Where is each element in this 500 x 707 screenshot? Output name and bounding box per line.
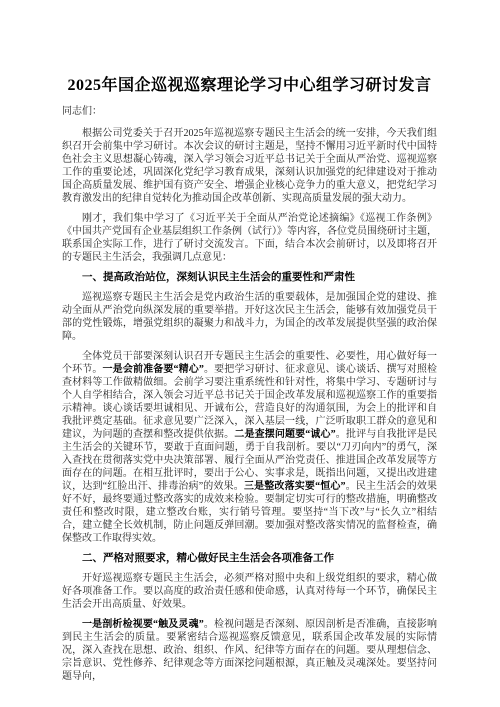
paragraph: 全体党员干部要深刻认识召开专题民主生活会的重要性、必要性，用心做好每一个环节。一… <box>62 350 437 545</box>
bold-text-run: 二、严格对照要求，精心做好民主生活会各项准备工作 <box>82 553 334 564</box>
salutation: 同志们： <box>62 105 437 118</box>
bold-text-run: 一是剖析检视要“触及灵魂” <box>82 619 204 630</box>
paragraph: 巡视巡察专题民主生活会是党内政治生活的重要载体，是加强国企党的建设、推动全面从严… <box>62 291 437 343</box>
document-title: 2025年国企巡视巡察理论学习中心组学习研讨发言 <box>62 76 437 96</box>
text-run: 开好巡视巡察专题民主生活会，必须严格对照中央和上级党组织的要求，精心做好各项准备… <box>62 573 437 610</box>
bold-text-run: 一、提高政治站位，深刻认识民主生活会的重要性和严肃性 <box>82 272 355 283</box>
document-page: 2025年国企巡视巡察理论学习中心组学习研讨发言 同志们： 根据公司党委关于召开… <box>0 0 500 707</box>
bold-text-run: 一是会前准备要“精心” <box>103 364 204 375</box>
document-body: 根据公司党委关于召开2025年巡视巡察专题民主生活会的统一安排，今天我们组织召开… <box>62 127 437 683</box>
paragraph: 刚才，我们集中学习了《习近平关于全面从严治党论述摘编》《巡视工作条例》《中国共产… <box>62 212 437 264</box>
paragraph: 一是剖析检视要“触及灵魂”。检视问题是否深刻、原因剖析是否准确，直接影响到民主生… <box>62 618 437 683</box>
text-run: 根据公司党委关于召开2025年巡视巡察专题民主生活会的统一安排，今天我们组织召开… <box>62 128 437 204</box>
bold-text-run: 二是查摆问题要“诚心” <box>234 429 335 440</box>
paragraph: 开好巡视巡察专题民主生活会，必须严格对照中央和上级党组织的要求，精心做好各项准备… <box>62 572 437 611</box>
text-run: 巡视巡察专题民主生活会是党内政治生活的重要载体，是加强国企党的建设、推动全面从严… <box>62 292 437 342</box>
text-run: 刚才，我们集中学习了《习近平关于全面从严治党论述摘编》《巡视工作条例》《中国共产… <box>62 213 437 263</box>
section-heading: 一、提高政治站位，深刻认识民主生活会的重要性和严肃性 <box>62 271 437 285</box>
section-heading: 二、严格对照要求，精心做好民主生活会各项准备工作 <box>62 552 437 566</box>
paragraph: 根据公司党委关于召开2025年巡视巡察专题民主生活会的统一安排，今天我们组织召开… <box>62 127 437 205</box>
bold-text-run: 三是整改落实要“恒心” <box>244 481 346 492</box>
